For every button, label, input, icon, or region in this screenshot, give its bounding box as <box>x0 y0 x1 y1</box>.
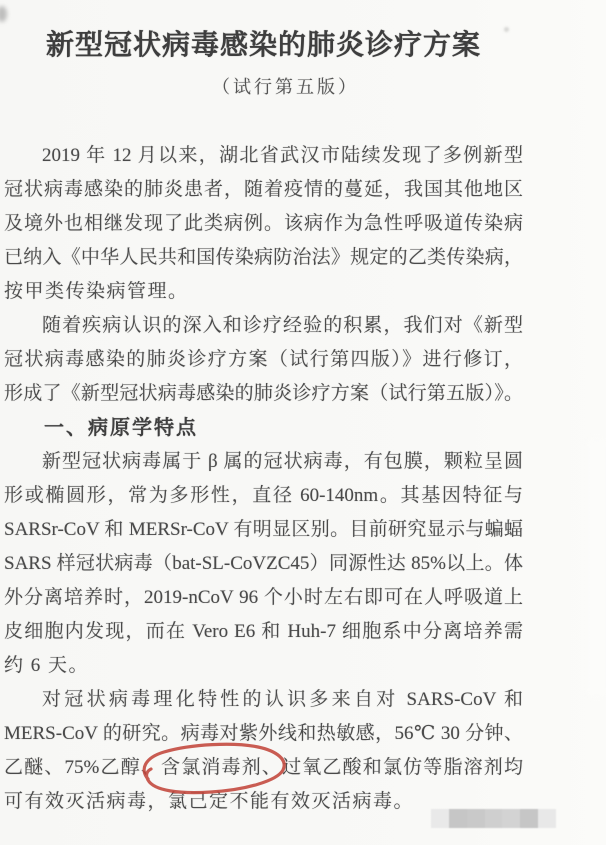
text-line: 已纳入《中华人民共和国传染病防治法》规定的乙类传染病， <box>4 241 523 275</box>
text-line: 按甲类传染病管理。 <box>4 275 523 309</box>
text-line: 及境外也相继发现了此类病例。该病作为急性呼吸道传染病 <box>4 207 523 241</box>
text-line: 形或椭圆形，常为多形性，直径 60-140nm。其基因特征与 <box>4 479 523 513</box>
document-page: 新型冠状病毒感染的肺炎诊疗方案 （试行第五版） 2019 年 12 月以来，湖北… <box>0 0 606 845</box>
text-line: SARSr-CoV 和 MERSr-CoV 有明显区别。目前研究显示与蝙蝠 <box>4 513 523 547</box>
redaction-block <box>502 809 520 828</box>
text-line: 2019 年 12 月以来，湖北省武汉市陆续发现了多例新型 <box>4 139 523 173</box>
text-line: 对冠状病毒理化特性的认识多来自对 SARS-CoV 和 <box>4 683 523 717</box>
red-circle-path <box>144 744 284 792</box>
text-line: 皮细胞内发现，而在 Vero E6 和 Huh-7 细胞系中分离培养需 <box>4 615 523 649</box>
redaction-block <box>538 809 556 828</box>
text-line: SARS 样冠状病毒（bat-SL-CoVZC45）同源性达 85%以上。体 <box>4 547 523 581</box>
document-title: 新型冠状病毒感染的肺炎诊疗方案 <box>4 27 523 64</box>
text-line: 随着疾病认识的深入和诊疗经验的积累，我们对《新型 <box>4 309 523 343</box>
document-subtitle: （试行第五版） <box>26 73 545 99</box>
text-line: 冠状病毒感染的肺炎诊疗方案（试行第四版）》进行修订， <box>4 343 523 377</box>
redaction-block <box>449 809 467 828</box>
text-line: 新型冠状病毒属于 β 属的冠状病毒，有包膜，颗粒呈圆 <box>4 445 523 479</box>
document-header: 新型冠状病毒感染的肺炎诊疗方案 （试行第五版） <box>4 0 523 99</box>
red-circle-annotation <box>131 740 289 797</box>
scan-light-strip <box>588 440 606 695</box>
text-line: 约 6 天。 <box>4 649 523 683</box>
redaction-blur <box>431 809 556 828</box>
redaction-block <box>520 809 538 828</box>
redaction-block <box>431 809 449 828</box>
redaction-block <box>467 809 485 828</box>
section-heading: 一、病原学特点 <box>4 411 523 445</box>
text-line: 形成了《新型冠状病毒感染的肺炎诊疗方案（试行第五版）》。 <box>4 377 523 411</box>
text-line: 外分离培养时，2019-nCoV 96 个小时左右即可在人呼吸道上 <box>4 581 523 615</box>
redaction-block <box>485 809 503 828</box>
text-line: 冠状病毒感染的肺炎患者，随着疫情的蔓延，我国其他地区 <box>4 173 523 207</box>
document-body: 2019 年 12 月以来，湖北省武汉市陆续发现了多例新型 冠状病毒感染的肺炎患… <box>4 139 523 819</box>
